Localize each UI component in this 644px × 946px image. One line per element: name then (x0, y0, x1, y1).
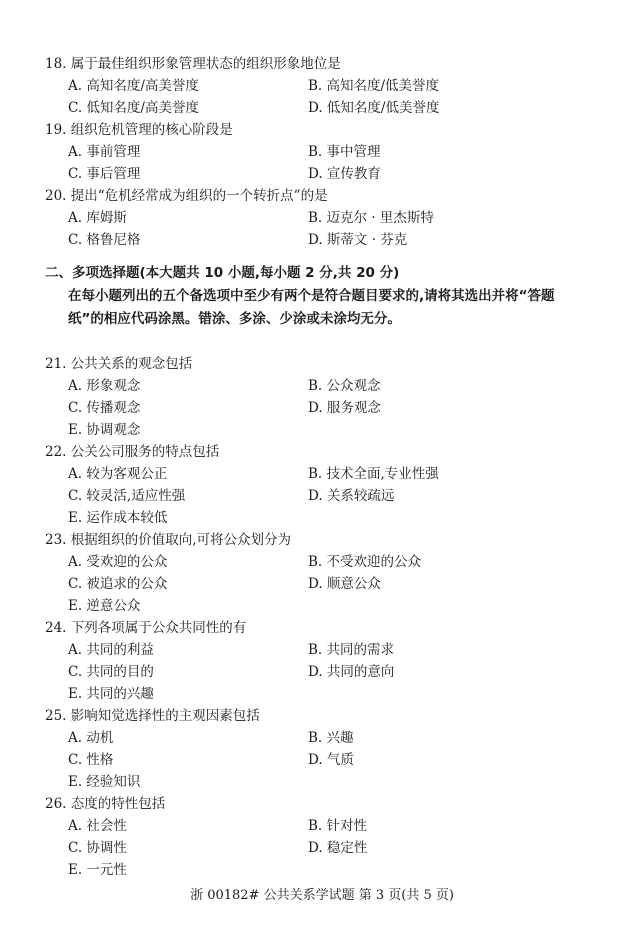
option: E. 协调观念 (68, 420, 140, 440)
option: C. 事后管理 (68, 164, 140, 184)
option: C. 传播观念 (68, 398, 140, 418)
option: B. 高知名度/低美誉度 (308, 76, 439, 96)
option: E. 逆意公众 (68, 596, 140, 616)
option: E. 经验知识 (68, 772, 140, 792)
option: A. 库姆斯 (68, 208, 127, 228)
option: A. 事前管理 (68, 142, 140, 162)
question-stem: 19. 组织危机管理的核心阶段是 (45, 120, 233, 140)
option: B. 迈克尔 · 里杰斯特 (308, 208, 434, 228)
option: D. 斯蒂文 · 芬克 (308, 230, 407, 250)
option: A. 高知名度/高美誉度 (68, 76, 199, 96)
option: D. 顺意公众 (308, 574, 381, 594)
option: D. 服务观念 (308, 398, 381, 418)
question-stem: 23. 根据组织的价值取向,可将公众划分为 (45, 530, 291, 550)
option: E. 运作成本较低 (68, 508, 167, 528)
option: D. 共同的意向 (308, 662, 394, 682)
option: D. 稳定性 (308, 838, 367, 858)
option: B. 公众观念 (308, 376, 381, 396)
option: B. 共同的需求 (308, 640, 394, 660)
option: A. 形象观念 (68, 376, 140, 396)
question-stem: 20. 提出“危机经常成为组织的一个转折点”的是 (45, 186, 328, 206)
option: C. 共同的目的 (68, 662, 154, 682)
page-footer: 浙 00182# 公共关系学试题 第 3 页(共 5 页) (0, 886, 644, 906)
option: B. 针对性 (308, 816, 367, 836)
option: B. 兴趣 (308, 728, 354, 748)
option: D. 关系较疏远 (308, 486, 394, 506)
option: C. 低知名度/高美誉度 (68, 98, 199, 118)
question-stem: 21. 公共关系的观念包括 (45, 354, 192, 374)
question-stem: 25. 影响知觉选择性的主观因素包括 (45, 706, 260, 726)
option: C. 协调性 (68, 838, 127, 858)
section-instruction: 纸”的相应代码涂黑。错涂、多涂、少涂或未涂均无分。 (68, 309, 401, 329)
option: A. 动机 (68, 728, 113, 748)
option: D. 低知名度/低美誉度 (308, 98, 439, 118)
question-stem: 22. 公关公司服务的特点包括 (45, 442, 219, 462)
option: B. 事中管理 (308, 142, 381, 162)
question-stem: 24. 下列各项属于公众共同性的有 (45, 618, 246, 638)
option: E. 一元性 (68, 860, 127, 880)
option: A. 社会性 (68, 816, 127, 836)
option: A. 受欢迎的公众 (68, 552, 167, 572)
option: D. 气质 (308, 750, 354, 770)
section-instruction: 在每小题列出的五个备选项中至少有两个是符合题目要求的,请将其选出并将“答题 (68, 286, 555, 306)
option: A. 共同的利益 (68, 640, 154, 660)
question-stem: 26. 态度的特性包括 (45, 794, 165, 814)
option: B. 技术全面,专业性强 (308, 464, 439, 484)
option: A. 较为客观公正 (68, 464, 167, 484)
question-stem: 18. 属于最佳组织形象管理状态的组织形象地位是 (45, 54, 341, 74)
option: C. 被追求的公众 (68, 574, 167, 594)
option: C. 较灵活,适应性强 (68, 486, 185, 506)
option: C. 格鲁尼格 (68, 230, 140, 250)
option: B. 不受欢迎的公众 (308, 552, 421, 572)
option: D. 宣传教育 (308, 164, 381, 184)
option: E. 共同的兴趣 (68, 684, 154, 704)
section-title: 二、多项选择题(本大题共 10 小题,每小题 2 分,共 20 分) (45, 263, 399, 283)
option: C. 性格 (68, 750, 113, 770)
